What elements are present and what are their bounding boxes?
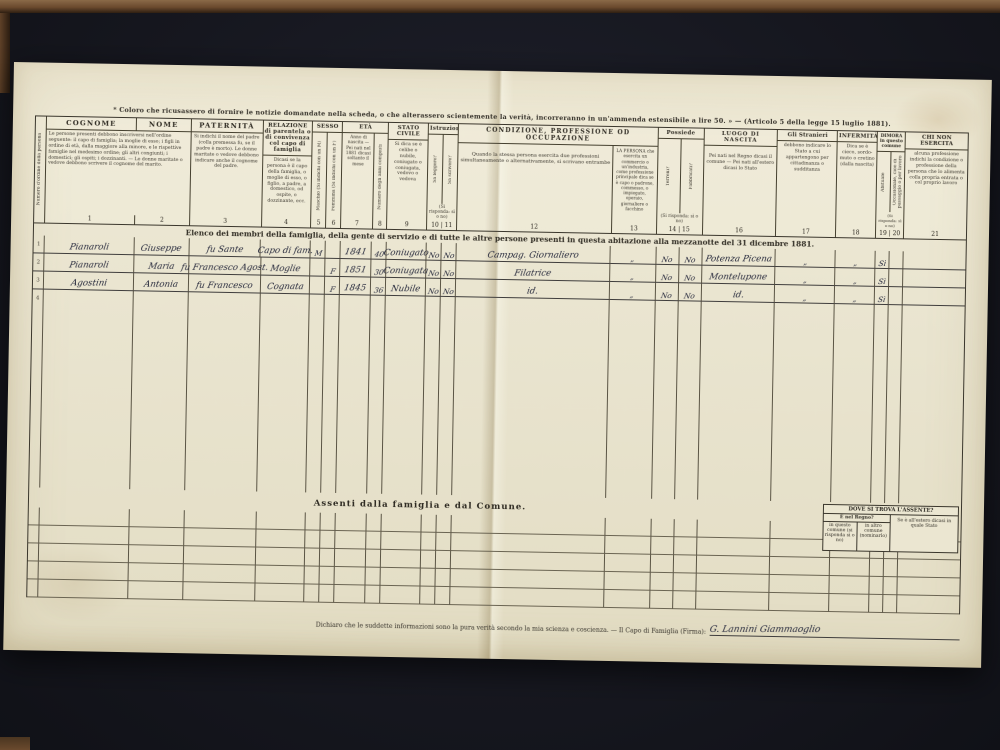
table-cell-ab [872,449,886,467]
table-cell-f [324,367,339,385]
table-cell-scrive: No [442,243,457,261]
handwritten-entry: Cognata [266,283,304,293]
table-cell-stranieri [773,393,833,412]
table-cell-n [30,433,41,451]
table-cell-infermita [834,358,874,377]
table-cell-chi [898,577,960,596]
col-nome-num: 2 [135,215,189,225]
table-cell-f [324,331,339,349]
col-cognome-num: 1 [45,214,135,225]
col-possiede: Possiede Terreni? Fabbricati? (Si rispon… [657,128,705,235]
table-cell-infermita [830,558,870,577]
table-cell-anno: 1841 [341,241,372,260]
table-cell-anni [368,422,383,440]
col-paternita: PATERNITÀ Si indichi il nome del padre (… [190,119,264,226]
table-cell-chi [897,595,959,614]
table-cell-cognome: Agostini [44,272,134,292]
table-cell-nome [129,509,184,528]
table-cell-luogo: Montelupone [702,266,776,285]
table-cell-persona [607,444,653,463]
table-cell-chi [900,431,962,450]
table-cell-fabbricati [677,337,700,355]
table-cell-fabbricati: No [678,283,701,301]
table-cell-nome [132,381,187,400]
census-form: * Coloro che ricusassero di fornire le n… [26,104,969,640]
table-cell-anno: 1851 [341,259,372,278]
table-cell-persona [605,554,651,573]
col-infermita: INFERMITÀ Dica se è cieco, sordo-muto o … [836,131,878,238]
table-cell-relazione [258,384,308,403]
table-cell-scrive [439,369,454,387]
table-cell-n [32,343,43,361]
head-of-family-signature: G. Lannini Giammaoglio [709,626,821,636]
table-cell-infermita: „ [835,286,875,305]
table-cell-luogo [697,538,771,557]
handwritten-entry: „ [802,276,807,284]
table-cell-m [309,366,324,384]
table-cell-ab [875,305,889,323]
table-cell-fabbricati [676,427,699,445]
table-cell-persona [607,426,653,445]
table-cell-luogo [698,464,772,483]
table-cell-stranieri: „ [776,249,836,268]
handwritten-entry: No [683,292,695,300]
table-cell-chi [901,377,963,396]
table-cell-legge [424,387,439,405]
table-cell-scrive [438,423,453,441]
table-cell-n [28,525,39,543]
col-paternita-num: 3 [190,216,261,226]
table-cell-stranieri [772,483,832,502]
table-cell-f [320,567,335,585]
table-cell-luogo [700,374,774,393]
table-cell-persona [604,572,650,591]
table-cell-anni [368,440,383,458]
table-cell-fabbricati: No [679,247,702,265]
table-cell-paternita [187,364,259,383]
col-relazione-num: 4 [262,218,311,228]
table-cell-anno [335,567,366,586]
table-cell-scrive [440,351,455,369]
table-cell-oc [887,413,901,431]
handwritten-entry: Moglie [269,265,301,275]
table-cell-paternita [187,382,259,401]
table-cell-anno [339,313,370,332]
table-cell-ab [870,559,884,577]
table-cell-stranieri [773,429,833,448]
table-cell-stato [381,550,421,569]
table-cell-n [28,561,39,579]
table-cell-stranieri [774,321,834,340]
table-cell-luogo [696,556,770,575]
handwritten-entry: No [661,274,673,282]
table-cell-luogo: id. [701,284,775,303]
table-cell-anni [370,332,385,350]
col-condizione-12: Quando la stessa persona esercita due pr… [457,143,614,233]
table-cell-legge [421,569,436,587]
table-cell-chi [898,559,960,578]
table-cell-anno [337,457,368,476]
table-cell-terreni [650,591,673,609]
table-cell-infermita [832,448,872,467]
handwritten-entry: „ [853,259,858,267]
col-chi-note: alcuna professione indichi la condizione… [904,149,967,230]
table-cell-paternita [188,310,260,329]
table-cell-n [31,379,42,397]
table-cell-ab [874,359,888,377]
table-cell-persona [605,536,651,555]
table-cell-relazione [260,312,310,331]
table-cell-chi [902,359,964,378]
col-chi-non-esercita: CHI NON ESERCITA alcuna professione indi… [904,132,968,239]
table-cell-cognome [40,470,130,490]
col-stranieri-note: debbono indicare lo Stato a cui apparten… [777,141,837,228]
table-cell-terreni [654,355,677,373]
table-cell-anni [367,514,382,532]
handwritten-entry: M [313,249,322,257]
table-cell-anno: 1845 [340,277,371,296]
col-relazione: RELAZIONE di parentela o di convivenza c… [262,121,314,228]
table-cell-legge [425,315,440,333]
table-cell-persona [609,300,655,319]
handwritten-entry: No [661,256,673,264]
table-cell-legge [424,369,439,387]
table-cell-nome [133,291,188,310]
table-cell-f [320,549,335,567]
table-cell-oc [884,559,898,577]
census-table-frame: Numero d'ordine della persona COGNOME NO… [26,115,969,614]
table-cell-anni [371,296,386,314]
table-cell-ab [871,485,885,503]
table-cell-nome [131,399,186,418]
table-cell-stato [386,296,426,315]
table-cell-legge [422,477,437,495]
col-dimora-occasionale: Occasionale, cioè di passaggio o per lav… [891,152,905,212]
table-cell-paternita [183,546,255,565]
table-cell-relazione: Cognata [260,276,310,295]
col-sa-leggere: Sa leggere? [428,135,444,204]
handwritten-entry: 1841 [344,249,368,259]
handwritten-entry: „ [852,277,857,285]
table-cell-relazione [257,456,307,475]
col-eta: ETÀ Anno di nascita — Pei nati nel 1881 … [341,122,389,229]
table-cell-stato [382,514,422,533]
table-cell-paternita [184,510,256,529]
table-cell-fabbricati [675,463,698,481]
col-cognome-nome-note: Le persone presenti debbono inscriversi … [45,130,190,217]
table-cell-oc [883,595,897,613]
table-cell-legge: No [427,243,442,261]
table-cell-terreni [652,481,675,499]
table-cell-ab [874,341,888,359]
col-stato-note: Si dica se è celibe o nubile, coniugato … [387,140,427,221]
table-cell-terreni [652,445,675,463]
table-cell-nome [130,471,185,490]
handwritten-entry: 1845 [343,285,367,295]
handwritten-entry: Coniugata [383,268,430,278]
table-cell-oc [889,269,903,287]
table-cell-terreni [654,337,677,355]
declaration-line: Dichiaro che le suddette informazioni so… [26,607,960,640]
table-cell-fabbricati [675,481,698,499]
table-cell-condizione [450,587,604,608]
table-cell-nome [128,581,183,600]
table-cell-terreni: No [656,265,679,283]
table-cell-legge [421,551,436,569]
table-cell-cognome [43,326,133,346]
table-cell-n: 1 [33,235,44,253]
table-cell-fabbricati [676,409,699,427]
col-luogo-nascita: LUOGO DI NASCITA Pei nati nel Regno dica… [703,129,779,236]
table-cell-oc [889,305,903,323]
table-cell-n [32,325,43,343]
handwritten-entry: No [428,251,440,259]
table-cell-infermita [833,412,873,431]
table-cell-anno [337,421,368,440]
table-cell-persona: „ [610,246,656,265]
table-cell-f: F [325,277,340,295]
table-cell-n: 3 [33,271,44,289]
table-cell-luogo [701,302,775,321]
col-terreni: Terreni? [657,139,681,213]
table-cell-relazione [255,566,305,585]
table-cell-terreni [653,409,676,427]
table-cell-anni [369,368,384,386]
table-cell-anni [366,568,381,586]
table-cell-fabbricati [678,301,701,319]
table-cell-relazione [259,366,309,385]
table-cell-m [306,512,321,530]
table-cell-infermita [832,466,872,485]
handwritten-entry: Potenza Picena [705,256,773,266]
handwritten-entry: Nubile [390,286,421,296]
table-cell-paternita: fu Francesco [188,274,260,293]
table-cell-stato: Nubile [386,278,426,297]
col-fabbricati: Fabbricati? [680,139,703,213]
table-cell-ab [869,595,883,613]
col-stato-civile: STATO CIVILE Si dica se è celibe o nubil… [387,123,429,230]
census-sheet-photo: * Coloro che ricusassero di fornire le n… [2,62,994,720]
table-cell-anni [368,458,383,476]
table-cell-cognome [42,362,132,382]
table-cell-m [308,420,323,438]
table-cell-paternita [183,582,255,601]
table-cell-relazione [258,402,308,421]
table-cell-paternita [183,564,255,583]
table-cell-stato [385,332,425,351]
table-cell-terreni [655,301,678,319]
table-cell-stato [382,476,422,495]
table-cell-cognome [43,290,133,310]
table-cell-persona [608,354,654,373]
table-cell-scrive [439,387,454,405]
table-cell-oc [888,359,902,377]
table-cell-stato [384,386,424,405]
table-cell-terreni [651,519,674,537]
col-istruzione: Istruzione Sa leggere? Sa scrivere? (Si … [427,124,459,231]
table-cell-relazione [255,548,305,567]
table-cell-luogo: Potenza Picena [702,248,776,267]
col-relazione-title: RELAZIONE di parentela o di convivenza c… [263,121,313,157]
table-cell-luogo [699,410,773,429]
table-cell-scrive [441,297,456,315]
table-cell-infermita [834,322,874,341]
table-cell-stranieri [774,339,834,358]
col-cognome-nome: COGNOME NOME Le persone presenti debbono… [45,117,192,226]
table-cell-luogo [698,482,772,501]
table-cell-paternita [184,528,256,547]
table-cell-terreni [654,373,677,391]
table-cell-chi [903,287,965,306]
table-cell-relazione [255,584,305,603]
table-cell-nome [129,545,184,564]
table-cell-anni [367,476,382,494]
table-cell-f [323,403,338,421]
table-cell-m [310,276,325,294]
col-sesso-title: SESSO [313,121,342,133]
table-cell-cognome [39,508,129,528]
table-cell-scrive [437,515,452,533]
table-cell-anno [337,475,368,494]
col-sesso-maschio: Maschio (Si indichi con un M) 5 [311,132,328,227]
table-cell-stranieri [773,411,833,430]
table-cell-chi [901,413,963,432]
table-cell-ab: Sì [875,287,889,305]
table-cell-scrive [438,459,453,477]
table-cell-nome [129,527,184,546]
table-cell-nome [133,327,188,346]
table-cell-anno [340,295,371,314]
table-cell-f [324,349,339,367]
table-cell-stranieri: „ [775,267,835,286]
table-cell-relazione [260,294,310,313]
table-cell-legge: No [426,279,441,297]
table-cell-infermita [833,394,873,413]
table-cell-chi [899,485,961,504]
col-sa-scrivere: Sa scrivere? [443,135,458,204]
table-cell-f [322,457,337,475]
table-cell-infermita [834,340,874,359]
table-cell-n [32,307,43,325]
table-cell-n [29,507,40,525]
table-cell-m [308,402,323,420]
handwritten-entry: No [427,269,439,277]
table-cell-f [323,385,338,403]
table-cell-infermita [835,304,875,323]
table-cell-m [311,258,326,276]
table-cell-relazione [257,474,307,493]
table-cell-n [27,579,38,597]
table-cell-terreni [652,463,675,481]
col-ordine-label: Numero d'ordine della persona [37,117,44,221]
table-cell-anno [339,349,370,368]
handwritten-entry: Sì [877,278,886,286]
handwritten-entry: No [442,288,454,296]
col-dimora: DIMORA in questo comune Abituale Occasio… [876,132,906,238]
table-cell-ab: Sì [875,269,889,287]
table-cell-anni [365,586,380,604]
handwritten-entry: No [684,274,696,282]
table-cell-relazione [259,348,309,367]
col-stato-title: STATO CIVILE [389,123,428,141]
table-cell-stranieri [774,357,834,376]
table-cell-luogo [700,338,774,357]
col-paternita-title: PATERNITÀ [191,119,262,133]
table-cell-fabbricati [673,555,696,573]
handwritten-entry: F [329,285,336,293]
table-cell-stato [384,404,424,423]
table-cell-oc [886,449,900,467]
table-cell-anni [369,386,384,404]
table-cell-anni [369,404,384,422]
table-cell-anno [338,385,369,404]
handwritten-entry: fu Francesco Agost. [180,264,269,274]
table-cell-anno [334,585,365,604]
handwritten-entry: Sì [877,296,886,304]
table-cell-persona [607,408,653,427]
table-cell-legge [426,297,441,315]
table-cell-legge [421,533,436,551]
dove-si-trova-box: DOVE SI TROVA L'ASSENTE? È nel Regno? in… [822,504,959,553]
table-cell-infermita: „ [836,250,876,269]
table-cell-chi [904,251,966,270]
table-cell-cognome [42,398,132,418]
table-cell-infermita [833,376,873,395]
table-cell-terreni [650,555,673,573]
table-cell-oc [885,485,899,503]
handwritten-entry: F [329,267,336,275]
table-cell-paternita [185,454,257,473]
table-cell-cognome [39,562,129,582]
table-cell-infermita [831,484,871,503]
table-cell-anno [339,331,370,350]
col-istruzione-title: Istruzione [429,124,458,136]
col-relazione-note: Dicasi se la persona è il capo della fam… [262,156,312,219]
handwritten-entry: 1851 [344,267,368,277]
handwritten-entry: Pianaroli [68,262,109,272]
col-stranieri-num: 17 [776,227,835,237]
table-cell-n [31,361,42,379]
table-cell-persona [606,480,652,499]
handwritten-entry: „ [803,258,808,266]
table-cell-anni [366,532,381,550]
table-cell-legge [425,333,440,351]
table-cell-anni [370,350,385,368]
table-cell-luogo [698,446,772,465]
table-cell-persona [608,390,654,409]
col-infermita-title: INFERMITÀ [838,131,877,143]
table-cell-nome [132,345,187,364]
table-cell-terreni [655,319,678,337]
table-cell-cognome: Pianaroli [44,236,134,256]
table-cell-stranieri [770,557,830,576]
table-cell-ab [872,467,886,485]
table-cell-chi [903,269,965,288]
table-cell-cognome [38,580,128,600]
table-cell-persona [609,336,655,355]
col-eta-title: ETÀ [343,122,388,134]
table-cell-cognome [41,416,131,436]
table-cell-m [305,584,320,602]
table-cell-oc [887,395,901,413]
table-cell-paternita [186,436,258,455]
table-cell-stato [383,422,423,441]
table-cell-scrive [436,533,451,551]
table-cell-infermita [830,576,870,595]
table-cell-scrive: No [441,279,456,297]
table-cell-f [326,241,341,259]
handwritten-entry: No [660,292,672,300]
